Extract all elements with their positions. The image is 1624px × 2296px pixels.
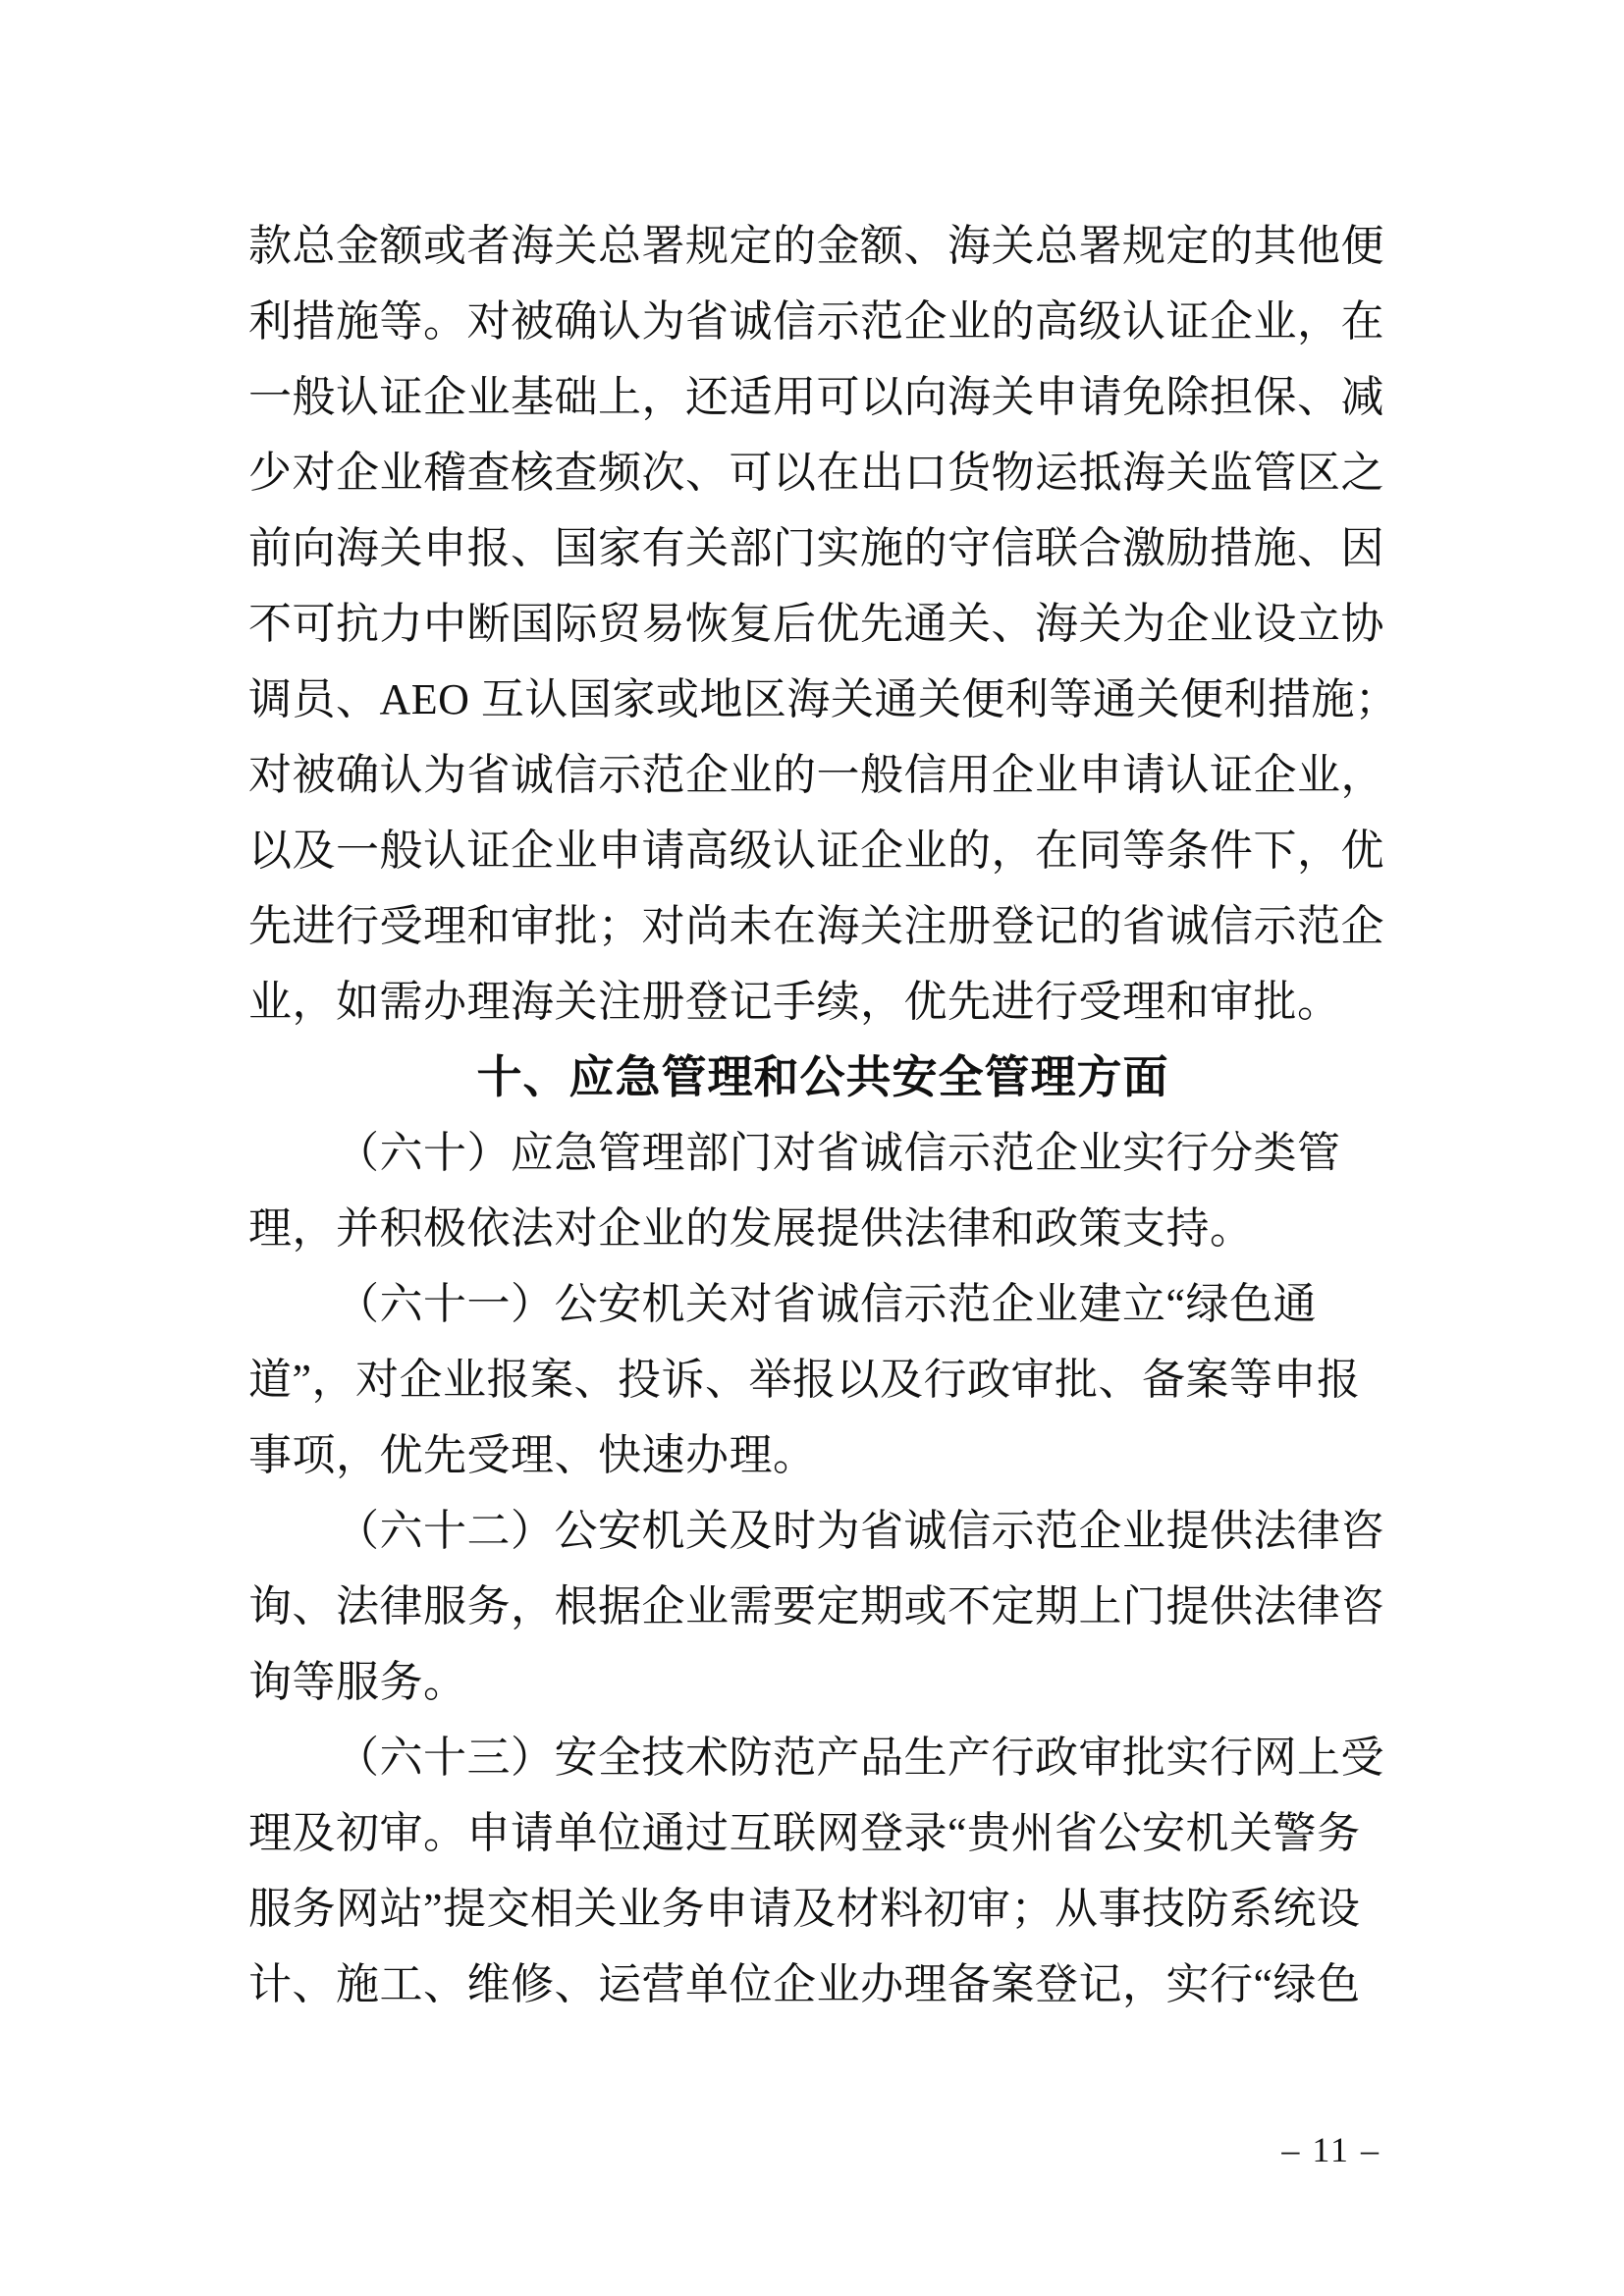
body-line: 理及初审。申请单位通过互联网登录“贵州省公安机关警务	[248, 1795, 1397, 1871]
paragraph-first-line: （六十三）安全技术防范产品生产行政审批实行网上受	[248, 1720, 1397, 1795]
body-line: 利措施等。对被确认为省诚信示范企业的高级认证企业，在	[248, 284, 1397, 359]
page-number: – 11 –	[1281, 2128, 1380, 2171]
body-line: 前向海关申报、国家有关部门实施的守信联合激励措施、因	[248, 510, 1397, 586]
body-line: 一般认证企业基础上，还适用可以向海关申请免除担保、减	[248, 359, 1397, 435]
section-heading: 十、应急管理和公共安全管理方面	[248, 1040, 1397, 1115]
body-line: 询、法律服务，根据企业需要定期或不定期上门提供法律咨	[248, 1569, 1397, 1644]
body-line: 以及一般认证企业申请高级认证企业的，在同等条件下，优	[248, 813, 1397, 888]
body-line: 对被确认为省诚信示范企业的一般信用企业申请认证企业，	[248, 737, 1397, 813]
body-line: 少对企业稽查核查频次、可以在出口货物运抵海关监管区之	[248, 435, 1397, 510]
body-line: 理，并积极依法对企业的发展提供法律和政策支持。	[248, 1191, 1397, 1266]
body-line: 先进行受理和审批；对尚未在海关注册登记的省诚信示范企	[248, 888, 1397, 964]
body-line: 道”，对企业报案、投诉、举报以及行政审批、备案等申报	[248, 1342, 1397, 1417]
body-line: 事项，优先受理、快速办理。	[248, 1417, 1397, 1493]
body-line: 询等服务。	[248, 1644, 1397, 1720]
body-line: 款总金额或者海关总署规定的金额、海关总署规定的其他便	[248, 208, 1397, 284]
paragraph-first-line: （六十一）公安机关对省诚信示范企业建立“绿色通	[248, 1266, 1397, 1342]
body-line: 计、施工、维修、运营单位企业办理备案登记，实行“绿色	[248, 1947, 1397, 2022]
document-page: 款总金额或者海关总署规定的金额、海关总署规定的其他便 利措施等。对被确认为省诚信…	[0, 0, 1624, 2296]
document-body: 款总金额或者海关总署规定的金额、海关总署规定的其他便 利措施等。对被确认为省诚信…	[248, 208, 1397, 2022]
body-line: 调员、AEO 互认国家或地区海关通关便利等通关便利措施；	[248, 662, 1397, 737]
body-line: 业，如需办理海关注册登记手续，优先进行受理和审批。	[248, 964, 1397, 1040]
paragraph-first-line: （六十）应急管理部门对省诚信示范企业实行分类管	[248, 1115, 1397, 1191]
body-line: 服务网站”提交相关业务申请及材料初审；从事技防系统设	[248, 1871, 1397, 1947]
paragraph-first-line: （六十二）公安机关及时为省诚信示范企业提供法律咨	[248, 1493, 1397, 1569]
body-line: 不可抗力中断国际贸易恢复后优先通关、海关为企业设立协	[248, 586, 1397, 662]
